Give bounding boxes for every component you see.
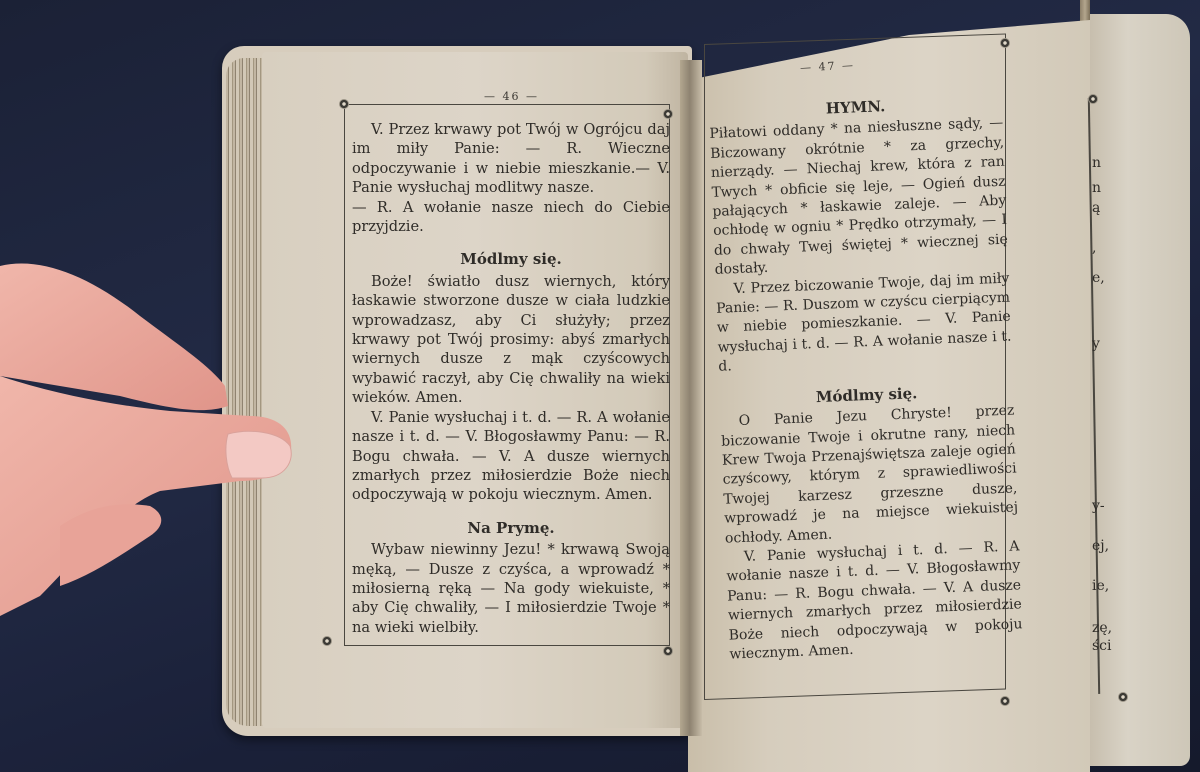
text-fragment: zę, [1092,620,1112,636]
paragraph: — R. A wołanie nasze niech do Ciebie prz… [352,198,670,237]
book-gutter [680,60,702,736]
text-fragment: e, [1092,270,1105,286]
paragraph: V. Przez biczowanie Twoje, daj im miły P… [715,269,1013,377]
corner-ornament-icon [1088,94,1098,104]
paragraph: O Panie Jezu Chryste! przez biczowanie T… [720,402,1019,549]
corner-ornament-icon [1000,696,1010,706]
corner-ornament-icon [1118,692,1128,702]
corner-ornament-icon [339,99,349,109]
right-page-text: HYMN. Piłatowi oddany * na niesłuszne są… [708,85,1024,665]
paragraph: V. Przez krwawy pot Twój w Ogrójcu daj i… [352,120,670,198]
paragraph: Piłatowi oddany * na niesłuszne sądy, — … [709,114,1009,280]
paragraph: Wybaw niewinny Jezu! * krwawą Swoją męką… [352,540,670,637]
hand [0,256,300,616]
left-page-text: V. Przez krwawy pot Twój w Ogrójcu daj i… [352,120,670,637]
text-fragment: y- [1092,498,1105,514]
text-fragment: n [1092,180,1101,196]
text-fragment: ie, [1092,578,1109,594]
corner-ornament-icon [663,109,673,119]
corner-ornament-icon [1000,38,1010,48]
heading-na-pryme: Na Prymę. [352,519,670,538]
text-fragment: ą [1092,200,1100,216]
text-fragment: y [1092,336,1100,352]
text-fragment: ej, [1092,538,1109,554]
text-fragment: ści [1092,638,1112,654]
paragraph: Boże! światło dusz wiernych, który łaska… [352,272,670,408]
text-fragment: , [1092,240,1096,256]
text-fragment: n [1092,155,1101,171]
corner-ornament-icon [322,636,332,646]
page-number-left: — 46 — [484,90,539,103]
paragraph: V. Panie wysłuchaj i t. d. — R. A wołani… [352,408,670,505]
corner-ornament-icon [663,646,673,656]
heading-modlmy-sie: Módlmy się. [352,250,670,269]
paragraph: V. Panie wysłuchaj i t. d. — R. A wołani… [725,537,1023,665]
